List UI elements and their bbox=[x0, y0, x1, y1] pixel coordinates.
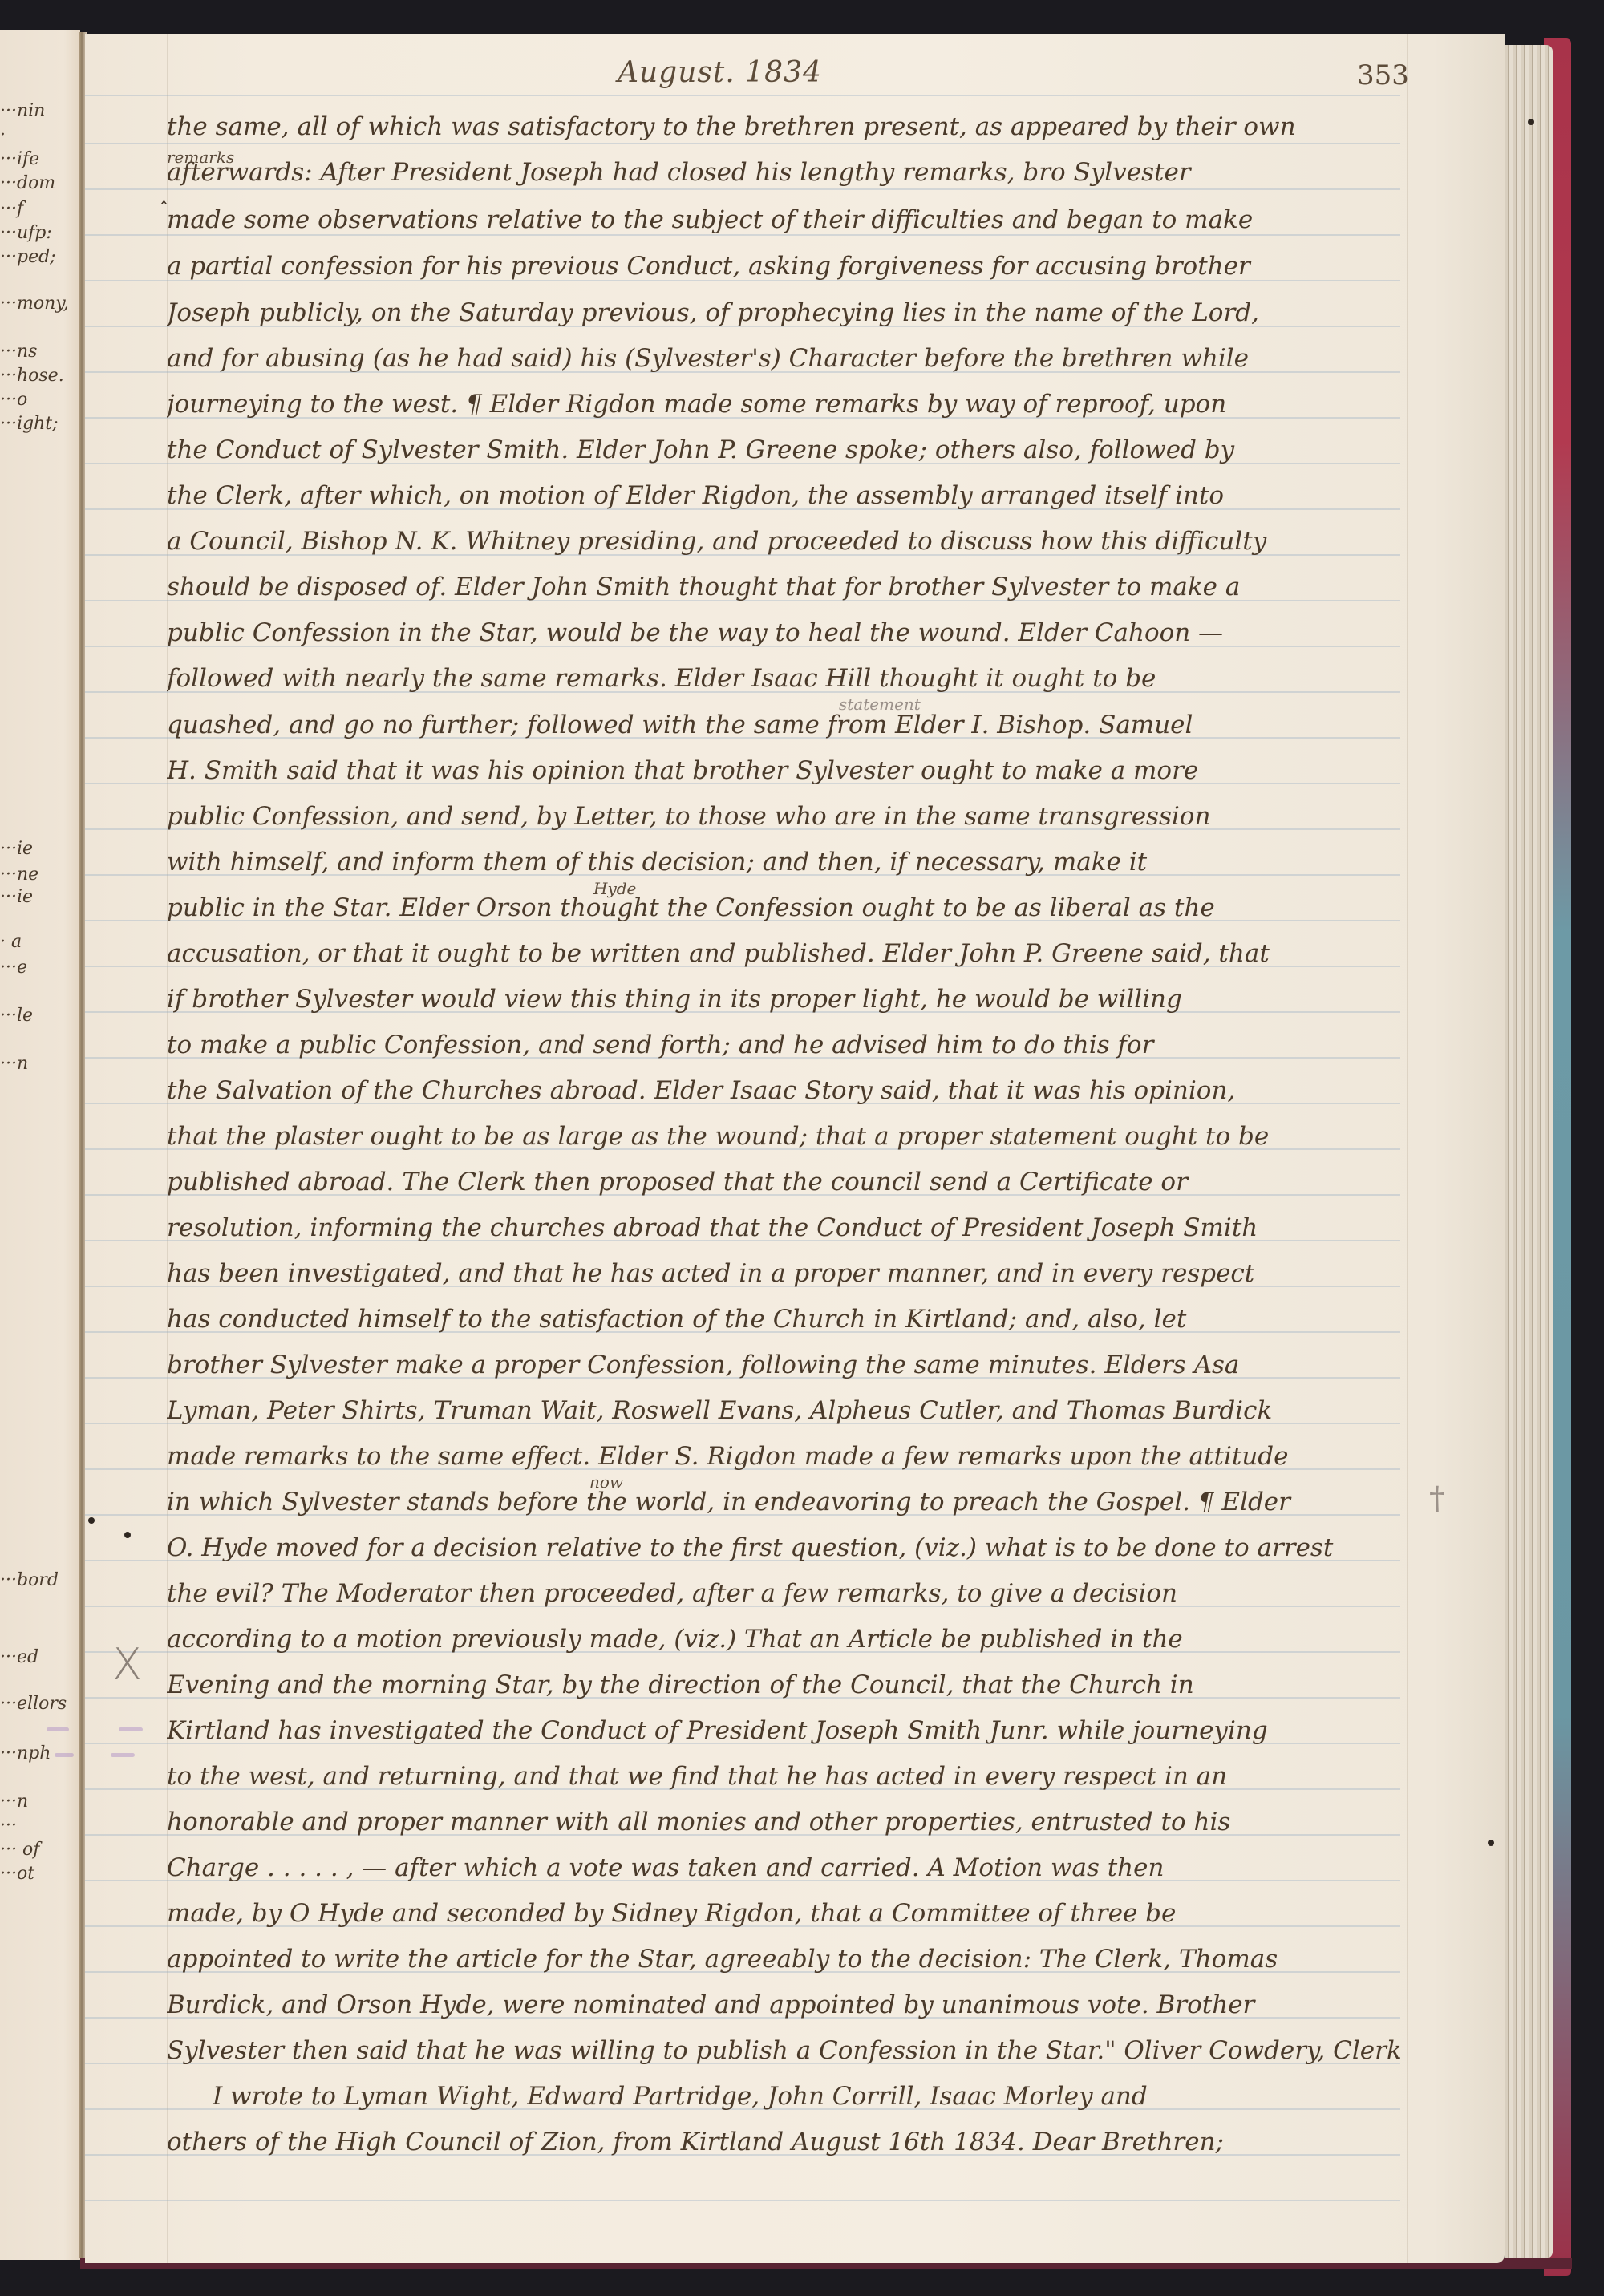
ruled-line bbox=[85, 143, 1400, 144]
left-page-fragment: ···nin bbox=[0, 101, 80, 121]
manuscript-line: should be disposed of. Elder John Smith … bbox=[167, 571, 1402, 603]
manuscript-scan: ···nin · ···ife ···dom ···f ···ufp: ···p… bbox=[0, 0, 1604, 2296]
manuscript-line: appointed to write the article for the S… bbox=[167, 1943, 1402, 1975]
manuscript-line: has been investigated, and that he has a… bbox=[167, 1257, 1402, 1290]
manuscript-line: O. Hyde moved for a decision relative to… bbox=[167, 1532, 1402, 1564]
manuscript-line: Joseph publicly, on the Saturday previou… bbox=[167, 297, 1402, 329]
ink-dot bbox=[1528, 119, 1534, 125]
left-page-fragment: ···ne bbox=[0, 865, 80, 885]
manuscript-line: if brother Sylvester would view this thi… bbox=[167, 983, 1402, 1015]
left-page-fragment: ···f bbox=[0, 199, 80, 219]
ink-dot bbox=[124, 1532, 131, 1538]
manuscript-line: Kirtland has investigated the Conduct of… bbox=[167, 1715, 1402, 1747]
manuscript-line: H. Smith said that it was his opinion th… bbox=[167, 755, 1402, 787]
left-page-fragment: ···ot bbox=[0, 1864, 80, 1884]
manuscript-line: accusation, or that it ought to be writt… bbox=[167, 937, 1402, 970]
ink-stain bbox=[55, 1753, 74, 1757]
manuscript-line: published abroad. The Clerk then propose… bbox=[167, 1166, 1402, 1198]
left-page-fragment: ···ight; bbox=[0, 414, 80, 434]
left-page-fragment: ···e bbox=[0, 958, 80, 978]
manuscript-line: public Confession, and send, by Letter, … bbox=[167, 800, 1402, 832]
left-page-fragment: ···ns bbox=[0, 342, 80, 362]
manuscript-line-new-paragraph: I wrote to Lyman Wight, Edward Partridge… bbox=[213, 2080, 1448, 2112]
left-page-fragment: ···ped; bbox=[0, 247, 80, 267]
manuscript-line: public in the Star. Elder Orson thought … bbox=[167, 892, 1402, 924]
left-page-fragment: · bbox=[0, 125, 80, 145]
insertion-caret-icon: ‸ bbox=[160, 181, 168, 205]
ink-stain bbox=[47, 1727, 69, 1731]
left-page-fragment: ···ellors bbox=[0, 1694, 80, 1714]
manuscript-line: the Salvation of the Churches abroad. El… bbox=[167, 1075, 1402, 1107]
manuscript-line: has conducted himself to the satisfactio… bbox=[167, 1303, 1402, 1335]
interlinear-insertion-statement: statement bbox=[839, 694, 921, 714]
manuscript-line: the same, all of which was satisfactory … bbox=[167, 111, 1402, 143]
manuscript-line: Lyman, Peter Shirts, Truman Wait, Roswel… bbox=[167, 1395, 1402, 1427]
left-facing-page: ···nin · ···ife ···dom ···f ···ufp: ···p… bbox=[0, 30, 80, 2260]
ruled-line bbox=[85, 95, 1400, 96]
manuscript-line: according to a motion previously made, (… bbox=[167, 1623, 1402, 1655]
left-page-fragment: ···ie bbox=[0, 887, 80, 907]
manuscript-line: brother Sylvester make a proper Confessi… bbox=[167, 1349, 1402, 1381]
manuscript-line: made, by O Hyde and seconded by Sidney R… bbox=[167, 1897, 1402, 1930]
page-number: 353 bbox=[1357, 59, 1409, 91]
left-page-fragment: ···dom bbox=[0, 173, 80, 193]
manuscript-line: resolution, informing the churches abroa… bbox=[167, 1212, 1402, 1244]
left-page-fragment: ···bord bbox=[0, 1570, 80, 1590]
left-page-fragment: ···n bbox=[0, 1792, 80, 1812]
manuscript-line: that the plaster ought to be as large as… bbox=[167, 1120, 1402, 1152]
manuscript-line: to the west, and returning, and that we … bbox=[167, 1760, 1402, 1792]
pencil-x-mark-icon: X bbox=[112, 1639, 142, 1690]
left-page-fragment: ··· bbox=[0, 1816, 80, 1836]
left-page-fragment: ···o bbox=[0, 390, 80, 410]
manuscript-line: in which Sylvester stands before the wor… bbox=[167, 1486, 1402, 1518]
manuscript-line: Sylvester then said that he was willing … bbox=[167, 2035, 1402, 2067]
left-page-fragment: ···ufp: bbox=[0, 223, 80, 243]
pencil-dagger-mark-icon: † bbox=[1429, 1480, 1445, 1517]
manuscript-line: Burdick, and Orson Hyde, were nominated … bbox=[167, 1989, 1402, 2021]
ink-stain bbox=[119, 1727, 143, 1731]
page-header-date: August. 1834 bbox=[618, 56, 822, 89]
interlinear-insertion-remarks: remarks bbox=[167, 148, 234, 167]
manuscript-line: with himself, and inform them of this de… bbox=[167, 846, 1402, 878]
ruled-line bbox=[85, 188, 1400, 190]
left-page-fragment: · a bbox=[0, 932, 80, 952]
page-block-edge bbox=[1505, 45, 1553, 2258]
manuscript-line: to make a public Confession, and send fo… bbox=[167, 1029, 1402, 1061]
manuscript-line: the evil? The Moderator then proceeded, … bbox=[167, 1577, 1402, 1610]
interlinear-insertion-now: now bbox=[589, 1472, 623, 1492]
left-page-fragment: ··· of bbox=[0, 1840, 80, 1860]
ruled-line bbox=[85, 2200, 1400, 2201]
left-page-fragment: ···mony, bbox=[0, 294, 80, 314]
left-page-fragment: ···ed bbox=[0, 1647, 80, 1667]
manuscript-line: journeying to the west. ¶ Elder Rigdon m… bbox=[167, 388, 1402, 420]
manuscript-line: afterwards: After President Joseph had c… bbox=[167, 156, 1402, 188]
manuscript-line: made remarks to the same effect. Elder S… bbox=[167, 1440, 1402, 1472]
manuscript-line: a Council, Bishop N. K. Whitney presidin… bbox=[167, 525, 1402, 557]
left-page-fragment: ···le bbox=[0, 1006, 80, 1026]
manuscript-line: quashed, and go no further; followed wit… bbox=[167, 709, 1402, 741]
ink-dot bbox=[1488, 1840, 1494, 1846]
manuscript-line: honorable and proper manner with all mon… bbox=[167, 1806, 1402, 1838]
left-page-fragment: ···n bbox=[0, 1054, 80, 1074]
manuscript-line: the Clerk, after which, on motion of Eld… bbox=[167, 480, 1402, 512]
manuscript-line: Charge . . . . . , — after which a vote … bbox=[167, 1852, 1402, 1884]
manuscript-line: Evening and the morning Star, by the dir… bbox=[167, 1669, 1402, 1701]
manuscript-line: others of the High Council of Zion, from… bbox=[167, 2126, 1402, 2158]
left-page-fragment: ···hose. bbox=[0, 366, 80, 386]
manuscript-line: and for abusing (as he had said) his (Sy… bbox=[167, 342, 1402, 375]
left-page-fragment: ···ie bbox=[0, 839, 80, 859]
ink-dot bbox=[88, 1517, 95, 1524]
right-margin-rule bbox=[1407, 34, 1408, 2263]
left-page-fragment: ···ife bbox=[0, 149, 80, 169]
interlinear-insertion-hyde: Hyde bbox=[593, 879, 636, 898]
ink-stain bbox=[111, 1753, 135, 1757]
manuscript-line: a partial confession for his previous Co… bbox=[167, 250, 1402, 282]
manuscript-line: made some observations relative to the s… bbox=[167, 204, 1402, 236]
manuscript-line: the Conduct of Sylvester Smith. Elder Jo… bbox=[167, 434, 1402, 466]
manuscript-line: public Confession in the Star, would be … bbox=[167, 617, 1402, 649]
manuscript-line: followed with nearly the same remarks. E… bbox=[167, 662, 1402, 694]
